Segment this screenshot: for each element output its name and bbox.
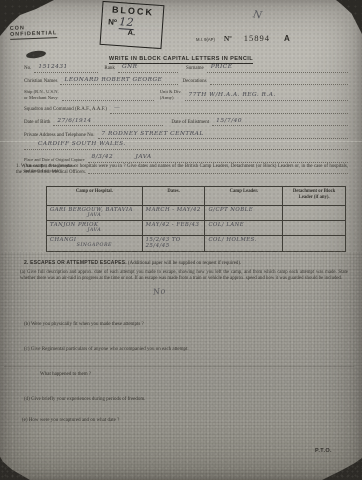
block-leader-cell xyxy=(283,220,346,235)
confidential-stamp: CON ONFIDENTIAL xyxy=(10,24,58,40)
escapes-question-a: (a) Give full description and approx. da… xyxy=(20,270,348,283)
please-turn-over-label: P.T.O. xyxy=(315,448,332,454)
camp-cell: GARI BERGOUW, BATAVIA JAVA xyxy=(47,205,143,220)
escapes-question-b: (b) Were you physically fit when you mad… xyxy=(24,322,144,327)
serial-suffix: A xyxy=(284,34,290,43)
torn-corner-top-right xyxy=(336,0,362,34)
squadron-field: — xyxy=(110,105,348,114)
field-row-address-line2: CARDIFF SOUTH WALES. xyxy=(24,141,348,150)
leader-cell: COL/ LANE xyxy=(205,220,283,235)
table-row: GARI BERGOUW, BATAVIA JAVA MARCH - MAY/4… xyxy=(47,205,346,220)
form-heading: WRITE IN BLOCK CAPITAL LETTERS IN PENCIL xyxy=(0,56,362,62)
escapes-title-text: 2. ESCAPES OR ATTEMPTED ESCAPES. xyxy=(24,260,127,266)
block-stamp-no-symbol: Nº xyxy=(108,17,117,27)
address-label: Private Address and Telephone No. xyxy=(24,133,95,140)
number-field: 1512431 xyxy=(34,64,98,73)
capture-place: JAVA xyxy=(136,154,152,162)
torn-corner-bottom-left xyxy=(0,454,30,480)
ship-label: Ship (R.N., U.S.N. or Merchant Navy xyxy=(24,89,59,100)
camps-table: Camp or Hospital. Dates. Camp Leader. De… xyxy=(46,186,346,252)
christian-names-field: LEONARD ROBERT GEORGE xyxy=(60,77,178,86)
christian-names-label: Christian Names xyxy=(24,79,57,86)
capture-date: 8/3/42 xyxy=(92,154,114,162)
escapes-question-d: (d) Give briefly your experiences during… xyxy=(24,397,145,402)
dates-cell: 15/2/43 TO 25/4/45 xyxy=(142,235,205,251)
table-row: TANJON PRIOK JAVA MAY/42 - FEB/43 COL/ L… xyxy=(47,220,346,235)
field-row-dob-enlistment: Date of Birth 27/6/1914 Date of Enlistme… xyxy=(24,118,348,127)
rank-label: Rank xyxy=(104,66,115,73)
field-row-ship-unit: Ship (R.N., U.S.N. or Merchant Navy Unit… xyxy=(24,89,348,100)
col-dates: Dates. xyxy=(142,187,205,206)
block-leader-cell xyxy=(283,235,346,251)
escapes-question-e: (e) How were you recaptured and on what … xyxy=(22,418,119,423)
leader-cell: G/CPT NOBLE xyxy=(205,205,283,220)
escapes-section-title: 2. ESCAPES OR ATTEMPTED ESCAPES. (Additi… xyxy=(24,260,348,266)
block-number-stamp: BLOCK Nº 12 A. xyxy=(100,1,165,49)
field-row-address: Private Address and Telephone No. 7 RODN… xyxy=(24,131,348,140)
escapes-answer-a-handwritten: No xyxy=(153,286,167,296)
decorations-label: Decorations xyxy=(182,79,206,86)
address-field-line2: CARDIFF SOUTH WALES. xyxy=(24,141,348,150)
paper-crease xyxy=(4,366,354,367)
surname-field: PRICE xyxy=(207,64,348,73)
date-of-birth-field: 27/6/1914 xyxy=(53,118,163,127)
table-row: CHANGI SINGAPORE 15/2/43 TO 25/4/45 COL/… xyxy=(47,235,346,251)
escapes-question-c: (c) Give Regimental particulars of anyon… xyxy=(24,347,189,352)
mi9-form-label: M.I. 9(AP) xyxy=(196,37,215,42)
handwritten-mark: N xyxy=(252,9,263,21)
serial-no-symbol: Nº xyxy=(224,34,232,43)
escapes-question-c2: What happened to them ? xyxy=(40,372,91,377)
dates-cell: MARCH - MAY/42 xyxy=(142,205,205,220)
squadron-label: Squadron and Command (R.A.F., A.A.F.) xyxy=(24,107,107,114)
document-page: CON ONFIDENTIAL BLOCK Nº 12 A. M.I. 9(AP… xyxy=(0,0,362,480)
field-row-number-rank-surname: No. 1512431 Rank GNR Surname PRICE xyxy=(24,64,348,73)
leader-cell: COL/ HOLMES. xyxy=(205,235,283,251)
block-leader-cell xyxy=(283,205,346,220)
date-of-birth-label: Date of Birth xyxy=(24,120,50,127)
col-camp-or-hospital: Camp or Hospital. xyxy=(47,187,143,206)
escapes-title-note: (Additional paper will be supplied on re… xyxy=(128,261,241,266)
field-row-christian-decorations: Christian Names LEONARD ROBERT GEORGE De… xyxy=(24,77,348,86)
torn-corner-bottom-right xyxy=(322,458,362,480)
surname-label: Surname xyxy=(186,66,204,73)
decorations-field xyxy=(210,78,348,85)
ship-field xyxy=(62,94,154,101)
serial-number: 15894 xyxy=(244,33,270,43)
camp-cell: CHANGI SINGAPORE xyxy=(47,235,143,251)
unit-div-field: 77TH W/H.A.A. REG. R.A. xyxy=(185,92,349,101)
camp-cell: TANJON PRIOK JAVA xyxy=(47,220,143,235)
unit-div-label: Unit & Div. (Army) xyxy=(160,89,182,100)
serial-number-line: M.I. 9(AP) Nº 15894 A xyxy=(196,28,290,46)
field-row-squadron: Squadron and Command (R.A.F., A.A.F.) — xyxy=(24,105,348,114)
col-camp-leader: Camp Leader. xyxy=(205,187,283,206)
dates-cell: MAY/42 - FEB/43 xyxy=(142,220,205,235)
capture-field: 8/3/42 JAVA xyxy=(88,154,349,163)
address-field-line1: 7 RODNEY STREET CENTRAL xyxy=(98,131,348,140)
camps-question-text: 1. What camps, detachments or hospitals … xyxy=(16,164,348,177)
camps-table-header-row: Camp or Hospital. Dates. Camp Leader. De… xyxy=(47,187,346,206)
date-of-enlistment-field: 15/7/40 xyxy=(212,118,348,127)
date-of-enlistment-label: Date of Enlistment xyxy=(171,120,209,127)
number-label: No. xyxy=(24,66,31,73)
confidential-stamp-line2: ONFIDENTIAL xyxy=(10,30,57,40)
personal-details-section: No. 1512431 Rank GNR Surname PRICE Chris… xyxy=(24,64,348,178)
rank-field: GNR xyxy=(118,64,178,73)
col-detachment-leader: Detachment or Block Leader (if any). xyxy=(283,187,346,206)
